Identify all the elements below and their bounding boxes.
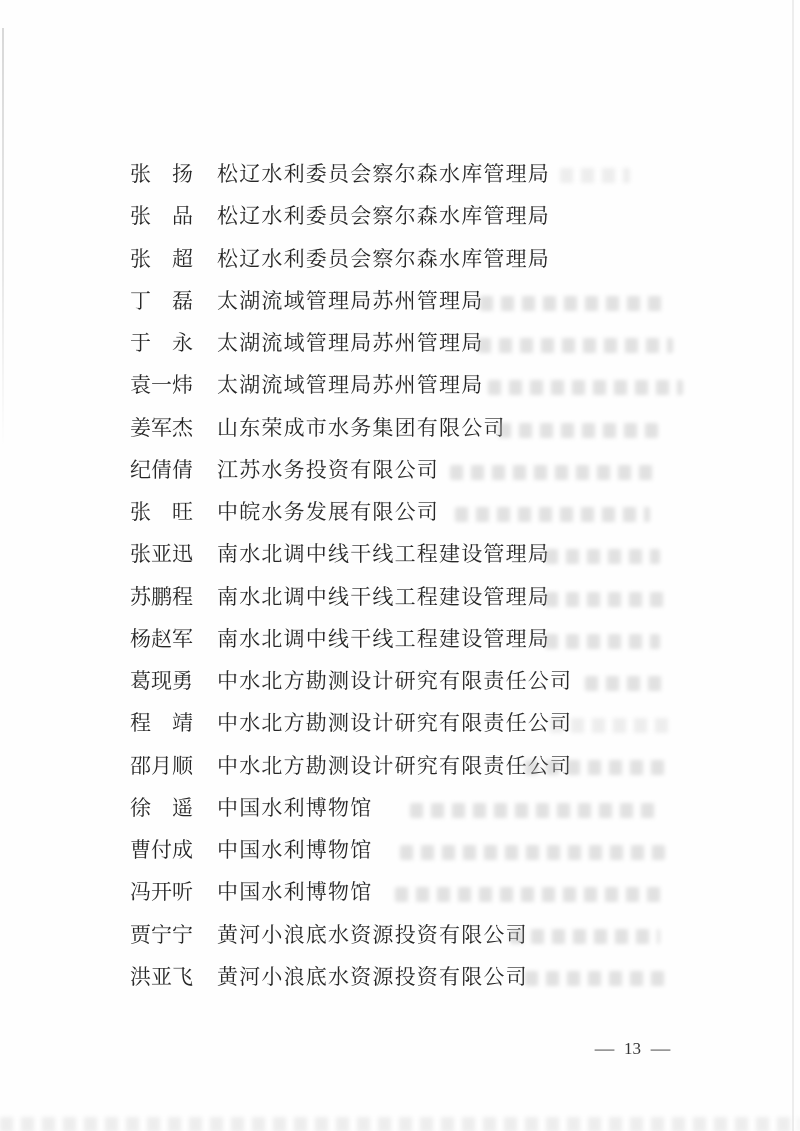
person-name: 葛现勇 bbox=[130, 670, 193, 692]
organization-name: 中水北方勘测设计研究有限责任公司 bbox=[217, 712, 572, 734]
organization-name: 山东荣成市水务集团有限公司 bbox=[217, 417, 506, 439]
organization-name: 中皖水务发展有限公司 bbox=[217, 501, 439, 523]
roster-row: 姜军杰山东荣成市水务集团有限公司 bbox=[130, 417, 572, 459]
organization-name: 黄河小浪底水资源投资有限公司 bbox=[217, 924, 528, 946]
person-name: 洪亚飞 bbox=[130, 966, 193, 988]
left-edge-scan-artifact bbox=[2, 28, 4, 448]
roster-row: 曹付成中国水利博物馆 bbox=[130, 839, 572, 881]
organization-name: 中水北方勘测设计研究有限责任公司 bbox=[217, 755, 572, 777]
organization-name: 中水北方勘测设计研究有限责任公司 bbox=[217, 670, 572, 692]
person-name: 苏鹏程 bbox=[130, 586, 193, 608]
person-name: 张旺 bbox=[130, 501, 193, 523]
person-name: 姜军杰 bbox=[130, 417, 193, 439]
footer-dash-left: — bbox=[595, 1039, 615, 1059]
organization-name: 南水北调中线干线工程建设管理局 bbox=[217, 586, 550, 608]
organization-name: 松辽水利委员会察尔森水库管理局 bbox=[217, 248, 550, 270]
document-page: 张扬松辽水利委员会察尔森水库管理局张品松辽水利委员会察尔森水库管理局张超松辽水利… bbox=[0, 0, 800, 1131]
person-name: 程靖 bbox=[130, 712, 193, 734]
person-name: 张超 bbox=[130, 248, 193, 270]
person-name: 徐遥 bbox=[130, 797, 193, 819]
organization-name: 中国水利博物馆 bbox=[217, 881, 372, 903]
footer-dash-right: — bbox=[651, 1039, 671, 1059]
person-name: 邵月顺 bbox=[130, 755, 193, 777]
person-name: 杨赵军 bbox=[130, 628, 193, 650]
organization-name: 中国水利博物馆 bbox=[217, 839, 372, 861]
roster-row: 袁一炜太湖流域管理局苏州管理局 bbox=[130, 374, 572, 416]
person-name: 丁磊 bbox=[130, 290, 193, 312]
person-name: 曹付成 bbox=[130, 839, 193, 861]
right-edge-scan-artifact bbox=[792, 0, 794, 1131]
organization-name: 中国水利博物馆 bbox=[217, 797, 372, 819]
roster-row: 张超松辽水利委员会察尔森水库管理局 bbox=[130, 248, 572, 290]
roster-row: 于永太湖流域管理局苏州管理局 bbox=[130, 332, 572, 374]
person-name: 纪倩倩 bbox=[130, 459, 193, 481]
bleedthrough-mark bbox=[585, 676, 665, 691]
person-name: 张扬 bbox=[130, 163, 193, 185]
organization-name: 太湖流域管理局苏州管理局 bbox=[217, 290, 483, 312]
bleedthrough-mark bbox=[0, 1117, 800, 1131]
page-number: — 13 — bbox=[596, 1039, 669, 1059]
roster-row: 贾宁宁黄河小浪底水资源投资有限公司 bbox=[130, 924, 572, 966]
roster-row: 张亚迅南水北调中线干线工程建设管理局 bbox=[130, 543, 572, 585]
organization-name: 南水北调中线干线工程建设管理局 bbox=[217, 543, 550, 565]
organization-name: 太湖流域管理局苏州管理局 bbox=[217, 332, 483, 354]
roster-row: 冯开听中国水利博物馆 bbox=[130, 881, 572, 923]
person-name: 冯开听 bbox=[130, 881, 193, 903]
organization-name: 太湖流域管理局苏州管理局 bbox=[217, 374, 483, 396]
roster-row: 邵月顺中水北方勘测设计研究有限责任公司 bbox=[130, 755, 572, 797]
person-name: 张品 bbox=[130, 205, 193, 227]
roster-row: 徐遥中国水利博物馆 bbox=[130, 797, 572, 839]
organization-name: 江苏水务投资有限公司 bbox=[217, 459, 439, 481]
roster-row: 张品松辽水利委员会察尔森水库管理局 bbox=[130, 205, 572, 247]
roster-row: 张扬松辽水利委员会察尔森水库管理局 bbox=[130, 163, 572, 205]
roster-row: 洪亚飞黄河小浪底水资源投资有限公司 bbox=[130, 966, 572, 1008]
organization-name: 南水北调中线干线工程建设管理局 bbox=[217, 628, 550, 650]
footer-page-number: 13 bbox=[624, 1039, 641, 1059]
roster-row: 程靖中水北方勘测设计研究有限责任公司 bbox=[130, 712, 572, 754]
roster-row: 纪倩倩江苏水务投资有限公司 bbox=[130, 459, 572, 501]
roster-row: 张旺中皖水务发展有限公司 bbox=[130, 501, 572, 543]
organization-name: 黄河小浪底水资源投资有限公司 bbox=[217, 966, 528, 988]
roster-row: 杨赵军南水北调中线干线工程建设管理局 bbox=[130, 628, 572, 670]
person-name: 张亚迅 bbox=[130, 543, 193, 565]
person-name: 贾宁宁 bbox=[130, 924, 193, 946]
organization-name: 松辽水利委员会察尔森水库管理局 bbox=[217, 163, 550, 185]
person-name: 袁一炜 bbox=[130, 374, 193, 396]
roster-row: 葛现勇中水北方勘测设计研究有限责任公司 bbox=[130, 670, 572, 712]
organization-name: 松辽水利委员会察尔森水库管理局 bbox=[217, 205, 550, 227]
roster-row: 丁磊太湖流域管理局苏州管理局 bbox=[130, 290, 572, 332]
person-name: 于永 bbox=[130, 332, 193, 354]
personnel-roster: 张扬松辽水利委员会察尔森水库管理局张品松辽水利委员会察尔森水库管理局张超松辽水利… bbox=[130, 163, 572, 1008]
roster-row: 苏鹏程南水北调中线干线工程建设管理局 bbox=[130, 586, 572, 628]
